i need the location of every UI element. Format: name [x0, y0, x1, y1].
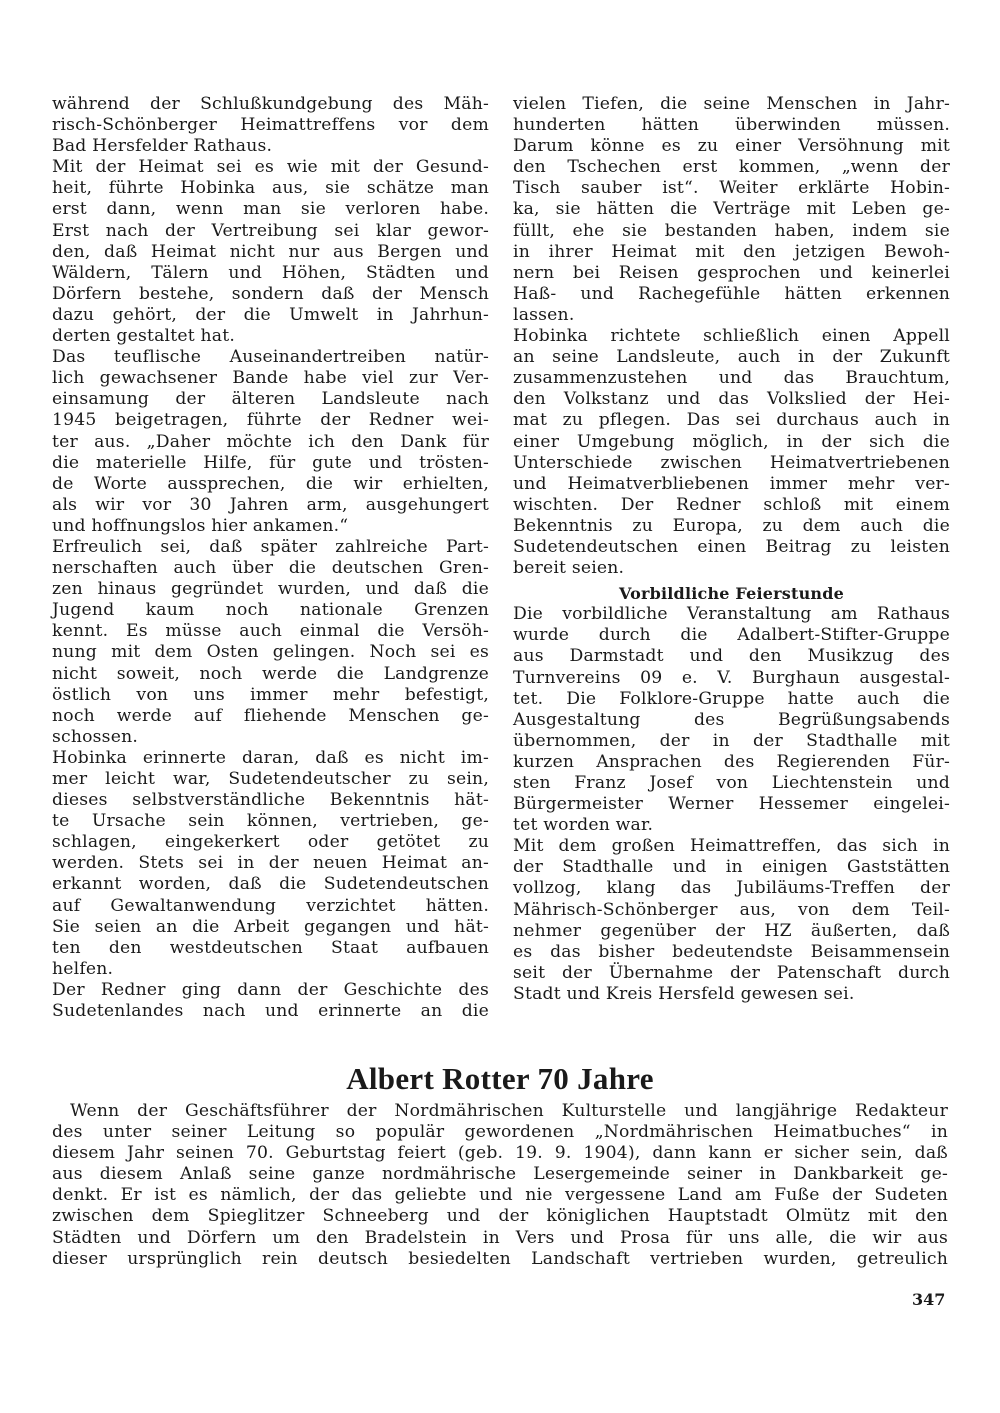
text-line: Sudetenlandes nach und erinnerte an die — [52, 1001, 489, 1022]
text-line: Wenn der Geschäftsführer der Nordmährisc… — [52, 1101, 948, 1122]
text-line: zusammenzustehen und das Brauchtum, — [513, 368, 950, 389]
text-line: nicht soweit, noch werde die Landgrenze — [52, 664, 489, 685]
text-line: Hobinka erinnerte daran, daß es nicht im… — [52, 748, 489, 769]
text-line: den, daß Heimat nicht nur aus Bergen und — [52, 242, 489, 263]
text-line: 1945 beigetragen, führte der Redner wei- — [52, 410, 489, 431]
text-line: Städten und Dörfern um den Bradelstein i… — [52, 1228, 948, 1249]
text-line: dieses selbstverständliche Bekenntnis hä… — [52, 790, 489, 811]
text-line: Unterschiede zwischen Heimatvertriebenen — [513, 453, 950, 474]
text-line: nung mit dem Osten gelingen. Noch sei es — [52, 642, 489, 663]
text-line: dazu gehört, der die Umwelt in Jahrhun- — [52, 305, 489, 326]
text-line: als wir vor 30 Jahren arm, ausgehungert — [52, 495, 489, 516]
text-line: tet. Die Folklore-Gruppe hatte auch die — [513, 689, 950, 710]
text-line: denkt. Er ist es nämlich, der das gelieb… — [52, 1185, 948, 1206]
text-line: Das teuflische Auseinandertreiben natür- — [52, 347, 489, 368]
text-line: bereit seien. — [513, 558, 950, 579]
text-line: in ihrer Heimat mit den jetzigen Bewoh- — [513, 242, 950, 263]
text-line: Sie seien an die Arbeit gegangen und hät… — [52, 917, 489, 938]
text-line: nerschaften auch über die deutschen Gren… — [52, 558, 489, 579]
text-line: Bad Hersfelder Rathaus. — [52, 136, 489, 157]
text-line: einsamung der älteren Landsleute nach — [52, 389, 489, 410]
text-line: noch werde auf fliehende Menschen ge- — [52, 706, 489, 727]
text-line: Haß- und Rachegefühle hätten erkennen — [513, 284, 950, 305]
text-line: wurde durch die Adalbert-Stifter-Gruppe — [513, 625, 950, 646]
text-line: Mit der Heimat sei es wie mit der Gesund… — [52, 157, 489, 178]
text-line: Turnvereins 09 e. V. Burghaun ausgestal- — [513, 668, 950, 689]
text-line: Die vorbildliche Veranstaltung am Rathau… — [513, 604, 950, 625]
text-line: wischten. Der Redner schloß mit einem — [513, 495, 950, 516]
text-line: lassen. — [513, 305, 950, 326]
text-line: den Tschechen erst kommen, „wenn der — [513, 157, 950, 178]
text-line: Mährisch-Schönberger aus, von dem Teil- — [513, 900, 950, 921]
text-line: Jugend kaum noch nationale Grenzen — [52, 600, 489, 621]
text-line: mer leicht war, Sudetendeutscher zu sein… — [52, 769, 489, 790]
text-line: aus Darmstadt und den Musikzug des — [513, 646, 950, 667]
text-line: Stadt und Kreis Hersfeld gewesen sei. — [513, 984, 950, 1005]
text-line: es das bisher bedeutendste Beisammensein — [513, 942, 950, 963]
text-line: heit, führte Hobinka aus, sie schätze ma… — [52, 178, 489, 199]
text-line: Erfreulich sei, daß später zahlreiche Pa… — [52, 537, 489, 558]
text-line: ka, sie hätten die Verträge mit Leben ge… — [513, 199, 950, 220]
left-column: während der Schlußkundgebung des Mäh- ri… — [52, 94, 489, 1022]
text-line: an seine Landsleute, auch in der Zukunft — [513, 347, 950, 368]
text-line: dieser ursprünglich rein deutsch besiede… — [52, 1249, 948, 1270]
text-line: erst dann, wenn man sie verloren habe. — [52, 199, 489, 220]
text-line: ter aus. „Daher möchte ich den Dank für — [52, 432, 489, 453]
text-line: Tisch sauber ist“. Weiter erklärte Hobin… — [513, 178, 950, 199]
text-line: den Volkstanz und das Volkslied der Hei- — [513, 389, 950, 410]
text-line: Bürgermeister Werner Hessemer eingelei- — [513, 794, 950, 815]
text-line: schlagen, eingekerkert oder getötet zu — [52, 832, 489, 853]
text-line: der Stadthalle und in einigen Gaststätte… — [513, 857, 950, 878]
text-line: mat zu pflegen. Das sei durchaus auch in — [513, 410, 950, 431]
text-line: vielen Tiefen, die seine Menschen in Jah… — [513, 94, 950, 115]
text-line: Der Redner ging dann der Geschichte des — [52, 980, 489, 1001]
text-line: lich gewachsener Bande habe viel zur Ver… — [52, 368, 489, 389]
text-line: derten gestaltet hat. — [52, 326, 489, 347]
text-line: Wäldern, Tälern und Höhen, Städten und — [52, 263, 489, 284]
text-line: nern bei Reisen gesprochen und keinerlei — [513, 263, 950, 284]
text-line: Sudetendeutschen einen Beitrag zu leiste… — [513, 537, 950, 558]
text-line: seit der Übernahme der Patenschaft durch — [513, 963, 950, 984]
page-number: 347 — [912, 1290, 945, 1309]
text-line: vollzog, klang das Jubiläums-Treffen der — [513, 878, 950, 899]
text-line: einer Umgebung möglich, in der sich die — [513, 432, 950, 453]
text-line: risch-Schönberger Heimattreffens vor dem — [52, 115, 489, 136]
text-line: diesem Jahr seinen 70. Geburtstag feiert… — [52, 1143, 948, 1164]
text-line: kennt. Es müsse auch einmal die Versöh- — [52, 621, 489, 642]
text-line: und hoffnungslos hier ankamen.“ — [52, 516, 489, 537]
text-line: Erst nach der Vertreibung sei klar gewor… — [52, 221, 489, 242]
text-line: Darum könne es zu einer Versöhnung mit — [513, 136, 950, 157]
text-line: schossen. — [52, 727, 489, 748]
text-line: Dörfern bestehe, sondern daß der Mensch — [52, 284, 489, 305]
text-line: de Worte aussprechen, die wir erhielten, — [52, 474, 489, 495]
text-line: tet worden war. — [513, 815, 950, 836]
text-line: während der Schlußkundgebung des Mäh- — [52, 94, 489, 115]
section-subheading: Vorbildliche Feierstunde — [513, 583, 950, 604]
article-title: Albert Rotter 70 Jahre — [0, 1061, 1000, 1097]
text-line: auf Gewaltanwendung verzichtet hätten. — [52, 896, 489, 917]
text-line: Hobinka richtete schließlich einen Appel… — [513, 326, 950, 347]
text-line: sten Franz Josef von Liechtenstein und — [513, 773, 950, 794]
text-line: füllt, ehe sie bestanden haben, indem si… — [513, 221, 950, 242]
text-line: zwischen dem Spieglitzer Schneeberg und … — [52, 1206, 948, 1227]
text-line: zen hinaus gegründet wurden, und daß die — [52, 579, 489, 600]
text-line: des unter seiner Leitung so populär gewo… — [52, 1122, 948, 1143]
text-line: helfen. — [52, 959, 489, 980]
text-line: werden. Stets sei in der neuen Heimat an… — [52, 853, 489, 874]
text-line: kurzen Ansprachen des Regierenden Für- — [513, 752, 950, 773]
text-line: Ausgestaltung des Begrüßungsabends — [513, 710, 950, 731]
text-line: ten den westdeutschen Staat aufbauen — [52, 938, 489, 959]
document-page: während der Schlußkundgebung des Mäh- ri… — [0, 0, 1000, 1413]
text-line: die materielle Hilfe, für gute und tröst… — [52, 453, 489, 474]
text-line: te Ursache sein können, vertrieben, ge- — [52, 811, 489, 832]
text-line: übernommen, der in der Stadthalle mit — [513, 731, 950, 752]
text-line: erkannt worden, daß die Sudetendeutschen — [52, 874, 489, 895]
text-line: hunderten hätten überwinden müssen. — [513, 115, 950, 136]
text-line: aus diesem Anlaß seine ganze nordmährisc… — [52, 1164, 948, 1185]
article-body: Wenn der Geschäftsführer der Nordmährisc… — [52, 1101, 948, 1270]
text-line: östlich von uns immer mehr befestigt, — [52, 685, 489, 706]
text-line: Bekenntnis zu Europa, zu dem auch die — [513, 516, 950, 537]
text-line: nehmer gegenüber der HZ äußerten, daß — [513, 921, 950, 942]
text-line: Mit dem großen Heimattreffen, das sich i… — [513, 836, 950, 857]
text-line: und Heimatverbliebenen immer mehr ver- — [513, 474, 950, 495]
right-column: vielen Tiefen, die seine Menschen in Jah… — [513, 94, 950, 1005]
